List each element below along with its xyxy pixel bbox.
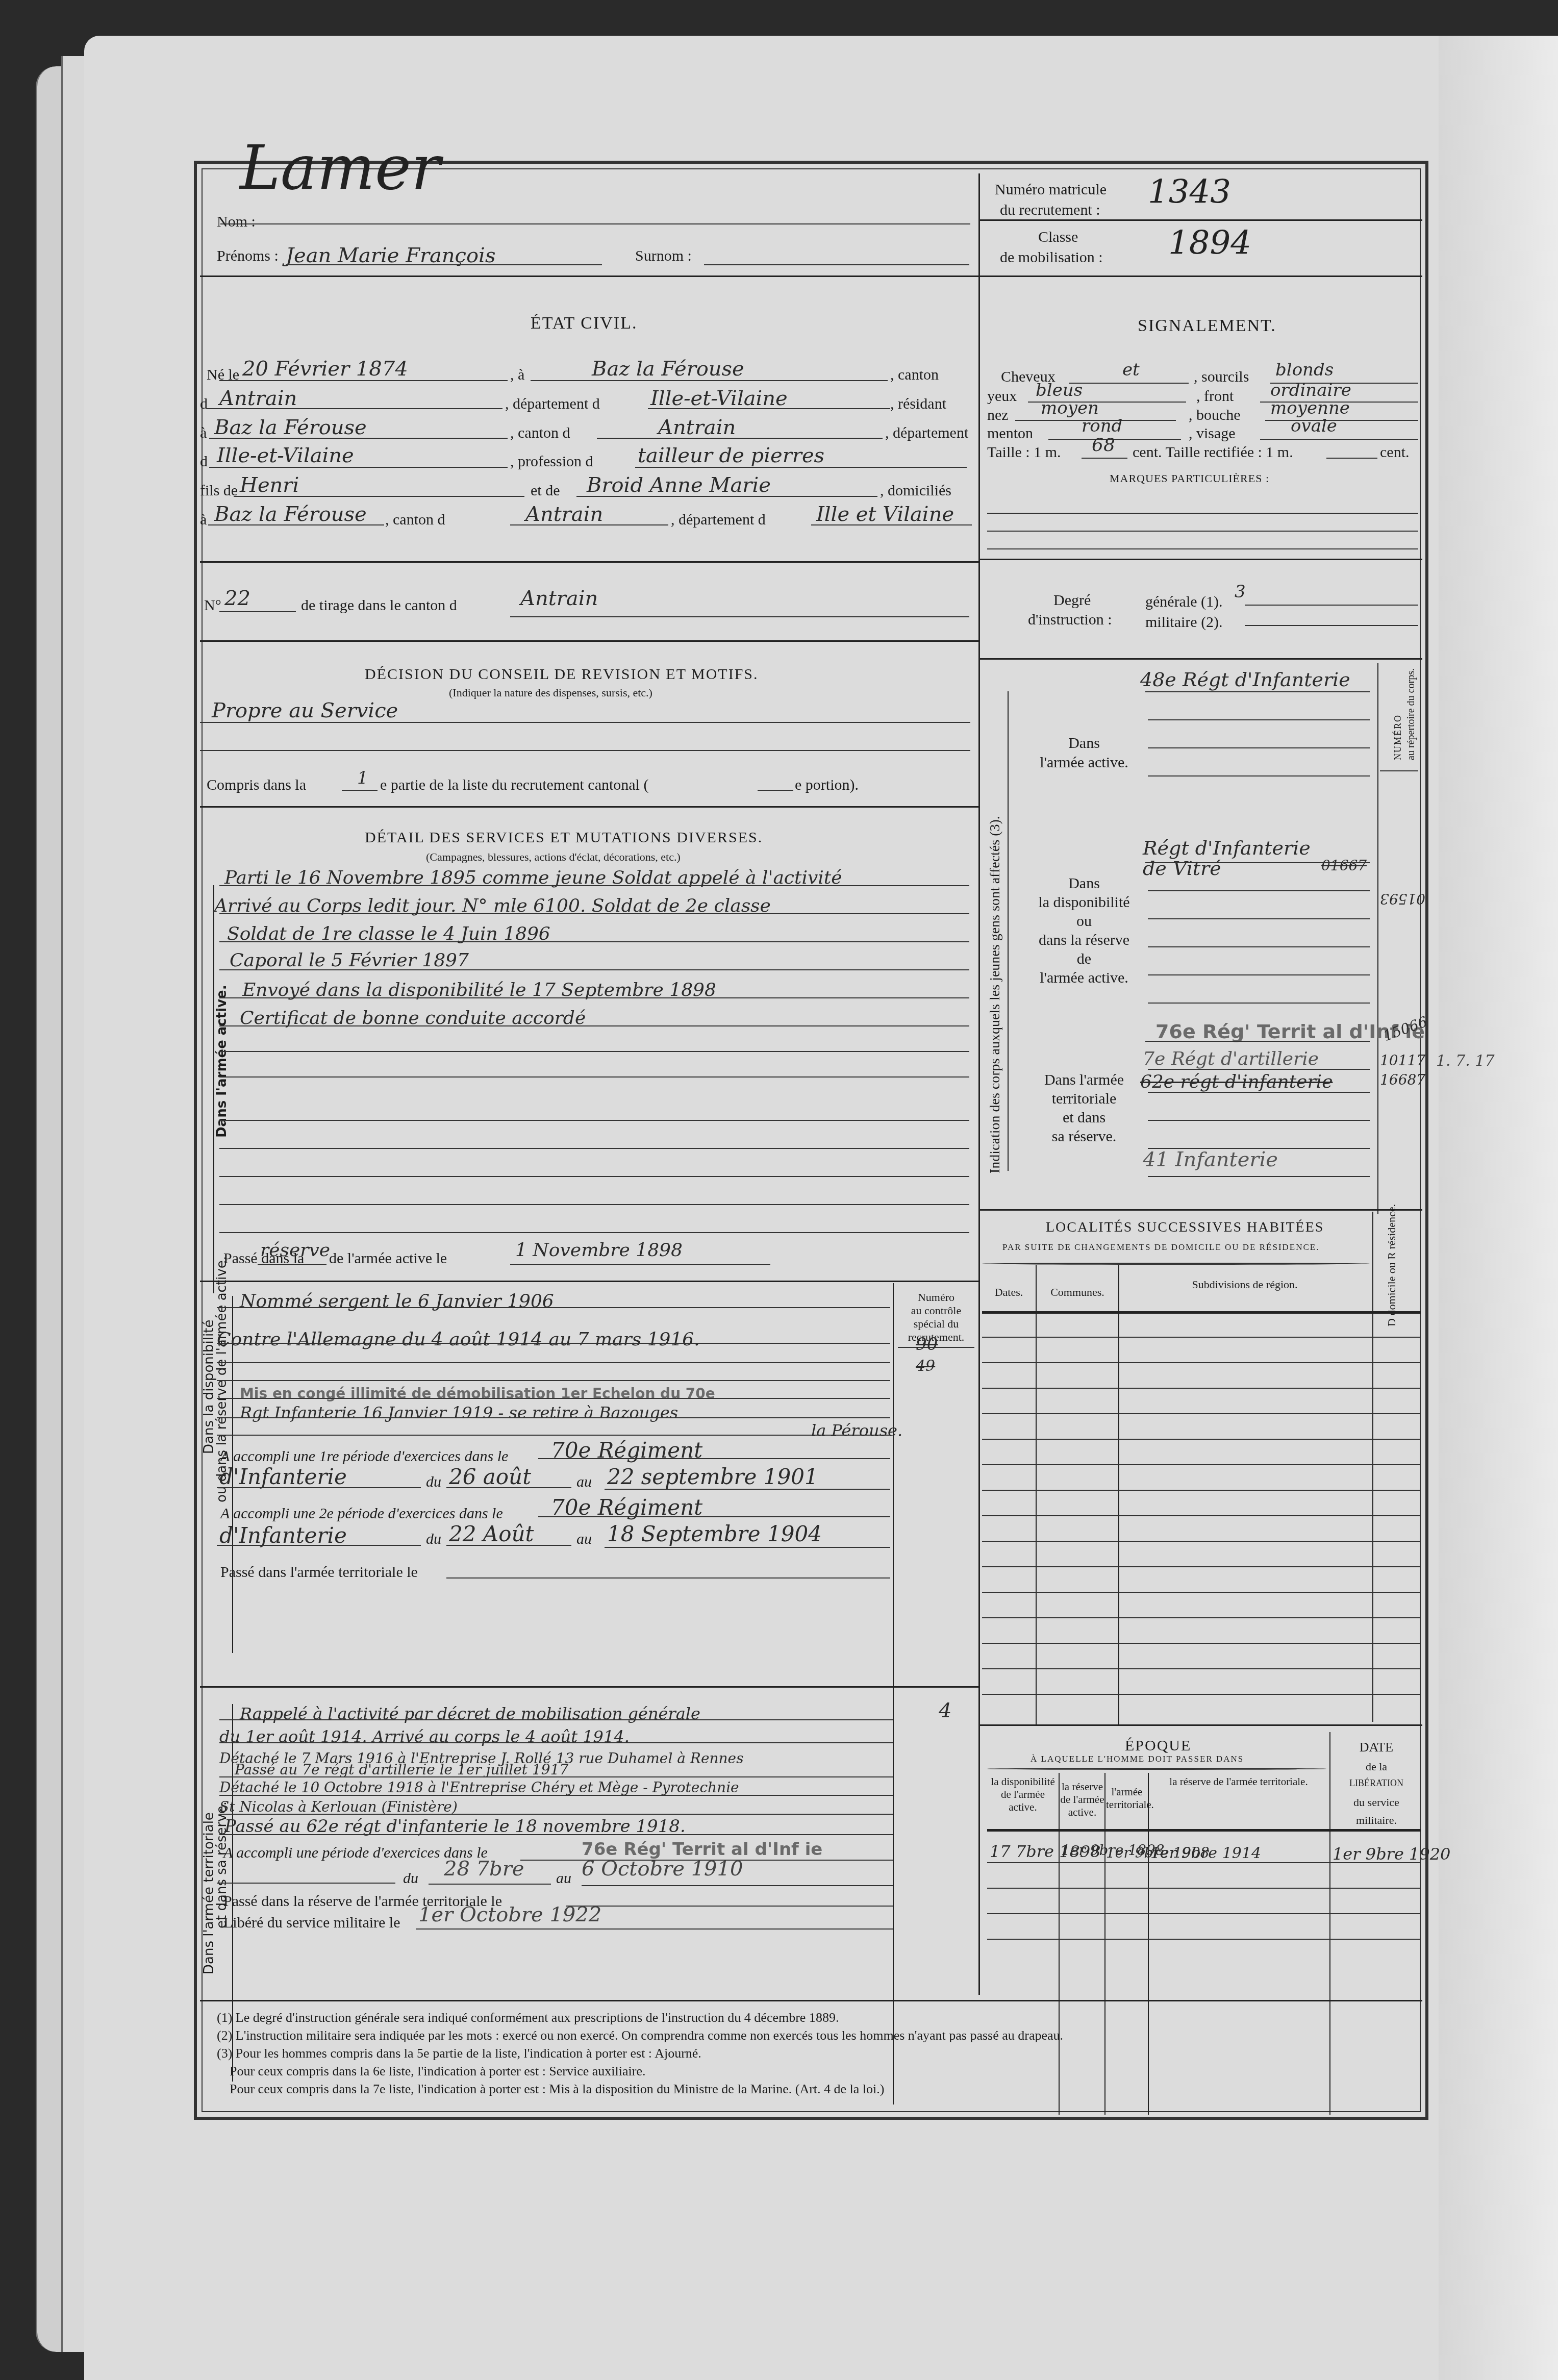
corps-dispo-label-3: ou bbox=[1020, 913, 1148, 930]
footnotes-divider bbox=[200, 2000, 1422, 2001]
front-label: , front bbox=[1196, 388, 1234, 405]
tirage-divider bbox=[200, 640, 978, 642]
corps-divider bbox=[978, 1209, 1422, 1211]
corps-dispo-line-6 bbox=[1148, 1003, 1370, 1004]
epoque-row-1 bbox=[987, 1862, 1421, 1863]
corps-active-label-1: Dans bbox=[1020, 735, 1148, 752]
periode2-au: 18 Septembre 1904 bbox=[607, 1521, 822, 1546]
menton-value: rond bbox=[1082, 416, 1122, 436]
sourcils-label: , sourcils bbox=[1194, 368, 1249, 386]
periode1-au-label: au bbox=[576, 1473, 592, 1491]
dispo-numero-header-3: spécial du bbox=[894, 1317, 978, 1331]
tirage-no-label: N° bbox=[204, 597, 221, 614]
cheveux-value: et bbox=[1122, 360, 1140, 380]
corps-dispo-line-1 bbox=[1145, 862, 1370, 863]
corps-active-value: 48e Régt d'Infanterie bbox=[1140, 668, 1350, 691]
footnote-2: (2) L'instruction militaire sera indiqué… bbox=[217, 2028, 1063, 2043]
corps-terr-label-2: territoriale bbox=[1020, 1090, 1148, 1108]
epoque-row-2 bbox=[987, 1888, 1421, 1889]
localites-col-dates: Dates. bbox=[982, 1286, 1036, 1299]
taille-value: 68 bbox=[1092, 435, 1115, 456]
terr-rule-3 bbox=[219, 1776, 893, 1777]
localites-row-4 bbox=[982, 1413, 1421, 1414]
periode1-corps2: d'Infanterie bbox=[219, 1464, 347, 1489]
periode1-au-line bbox=[605, 1489, 890, 1490]
corps-terr-number-3: 16687 bbox=[1380, 1071, 1425, 1088]
dispo-numero-header-1: Numéro bbox=[894, 1291, 978, 1304]
terr-rule-2 bbox=[219, 1742, 893, 1743]
localites-dr-divider bbox=[1372, 1212, 1373, 1722]
militaire-label: militaire (2). bbox=[1145, 614, 1223, 631]
dispo-rule-4 bbox=[217, 1380, 890, 1381]
liberation-header-2: de la bbox=[1330, 1760, 1422, 1773]
classe-label-1: Classe bbox=[1038, 229, 1078, 246]
services-divider bbox=[200, 1281, 978, 1282]
corps-dispo-label-1: Dans bbox=[1020, 875, 1148, 892]
instruction-divider bbox=[978, 658, 1422, 660]
periode1-corps2-line bbox=[217, 1487, 421, 1488]
services-rule-5 bbox=[219, 997, 969, 998]
mere-line bbox=[576, 496, 877, 497]
corps-terr-label-4: sa réserve. bbox=[1020, 1128, 1148, 1145]
corps-side-label: Indication des corps auxquels les jeunes… bbox=[987, 816, 1003, 1173]
libere-label: Libéré du service militaire le bbox=[223, 1914, 400, 1932]
dispo-stamp-line-3: la Pérouse. bbox=[811, 1421, 902, 1440]
domicile-line bbox=[208, 524, 384, 525]
services-rule-11 bbox=[219, 1176, 969, 1177]
epoque-col-reserve-territoriale: la réserve de l'armée territoriale. bbox=[1149, 1775, 1328, 1788]
periode2-corps2-line bbox=[217, 1545, 421, 1546]
column-divider bbox=[978, 173, 980, 1995]
corps-dispo-label-2: la disponibilité bbox=[1020, 894, 1148, 911]
departement-label: , département d bbox=[505, 395, 600, 413]
periode2-corps2: d'Infanterie bbox=[219, 1523, 347, 1548]
services-subtitle: (Campagnes, blessures, actions d'éclat, … bbox=[426, 850, 681, 864]
services-rule-4 bbox=[219, 969, 969, 970]
corps-active-line-4 bbox=[1148, 775, 1370, 776]
terr-line-2: du 1er août 1914. Arrivé au corps le 4 a… bbox=[219, 1727, 630, 1746]
militaire-line bbox=[1245, 625, 1418, 626]
corps-dispo-value-2: de Vitré bbox=[1143, 857, 1221, 880]
services-rule-13 bbox=[219, 1232, 969, 1233]
canton-label: , canton bbox=[890, 366, 939, 384]
lieu-naissance: Baz la Férouse bbox=[592, 357, 744, 381]
a-label: , à bbox=[510, 366, 524, 384]
libere-line bbox=[416, 1928, 893, 1930]
epoque-brace bbox=[987, 1768, 1326, 1770]
periode2-au-label: au bbox=[576, 1531, 592, 1548]
compris-suffix: e partie de la liste du recrutement cant… bbox=[380, 776, 648, 794]
profession-label: , profession d bbox=[510, 453, 593, 470]
localites-col-communes: Communes. bbox=[1037, 1286, 1118, 1299]
localites-divider bbox=[978, 1724, 1422, 1726]
nez-value: moyen bbox=[1041, 398, 1099, 418]
terr-line-7: Passé au 62e régt d'infanterie le 18 nov… bbox=[224, 1816, 686, 1837]
portion-line bbox=[758, 790, 793, 791]
ne-le-line bbox=[219, 380, 508, 381]
corps-active-line-1 bbox=[1145, 691, 1370, 692]
mere: Broid Anne Marie bbox=[587, 473, 771, 497]
corps-dispo-line-3 bbox=[1148, 918, 1370, 919]
terr-au-label: au bbox=[556, 1870, 571, 1887]
corps-dispo-line-2 bbox=[1148, 890, 1370, 891]
corps-dispo-line-4 bbox=[1148, 946, 1370, 947]
nom-value: Lamer bbox=[240, 133, 440, 204]
marques-label: MARQUES PARTICULIÈRES : bbox=[1110, 472, 1269, 485]
compris-label: Compris dans la bbox=[207, 776, 306, 794]
classe-label-2: de mobilisation : bbox=[1000, 249, 1103, 266]
corps-terr-label-3: et dans bbox=[1020, 1109, 1148, 1126]
pere-line bbox=[234, 496, 524, 497]
dispo-rule-1 bbox=[217, 1307, 890, 1308]
matricule-label-2: du recrutement : bbox=[1000, 202, 1100, 219]
epoque-value-reserve-territoriale: 1er 9bre 1914 bbox=[1150, 1844, 1261, 1862]
corps-dispo-label-4: dans la réserve bbox=[1020, 932, 1148, 949]
localites-row-10 bbox=[982, 1566, 1421, 1567]
generale-value: 3 bbox=[1235, 582, 1246, 602]
generale-label: générale (1). bbox=[1145, 593, 1223, 611]
terr-du-line bbox=[429, 1884, 551, 1885]
departement-naissance: Ille-et-Vilaine bbox=[650, 387, 788, 410]
periode1-corps-line bbox=[538, 1458, 890, 1459]
pere: Henri bbox=[240, 473, 299, 497]
periode1-label: A accompli une 1re période d'exercices d… bbox=[220, 1448, 508, 1465]
decision-title: DÉCISION DU CONSEIL DE REVISION ET MOTIF… bbox=[365, 666, 759, 683]
departement2-label: , département bbox=[885, 424, 968, 442]
epoque-col-dispo: la disponibilité de l'armée active. bbox=[987, 1775, 1059, 1814]
bouche-label: , bouche bbox=[1189, 407, 1241, 424]
terr-line-4: Passé au 7e régt d'artillerie le 1er jui… bbox=[235, 1761, 568, 1778]
visage-value: ovale bbox=[1291, 416, 1337, 436]
localites-row-2 bbox=[982, 1362, 1421, 1363]
localites-row-3 bbox=[982, 1388, 1421, 1389]
dispo-rule-6 bbox=[217, 1417, 890, 1418]
epoque-title: ÉPOQUE bbox=[1125, 1737, 1191, 1755]
prenoms-label: Prénoms : bbox=[217, 247, 279, 265]
dispo-rule-2 bbox=[217, 1343, 890, 1344]
dispo-rule-7 bbox=[217, 1435, 890, 1436]
corps-terr-value-3: 41 Infanterie bbox=[1143, 1148, 1278, 1171]
periode2-du-line bbox=[446, 1545, 571, 1546]
a3-label: à bbox=[200, 511, 207, 529]
marques-line-1 bbox=[987, 513, 1418, 514]
corps-dispo-line-5 bbox=[1148, 974, 1370, 975]
epoque-header-line bbox=[987, 1829, 1421, 1832]
localites-col-divider-1 bbox=[1036, 1265, 1037, 1724]
corps-terr-line-5 bbox=[1148, 1148, 1370, 1149]
localites-header-line bbox=[982, 1311, 1421, 1314]
localites-row-6 bbox=[982, 1464, 1421, 1465]
passe-territoriale-label: Passé dans l'armée territoriale le bbox=[220, 1564, 418, 1581]
terr-line-1: Rappelé à l'activité par décret de mobil… bbox=[240, 1704, 700, 1723]
epoque-col-divider-1 bbox=[1059, 1773, 1060, 2115]
corps-active-line-2 bbox=[1148, 719, 1370, 720]
d2-label: d bbox=[200, 453, 208, 470]
footnote-1: (1) Le degré d'instruction générale sera… bbox=[217, 2010, 839, 2025]
instruction-label-2: d'instruction : bbox=[1028, 611, 1112, 629]
decision-subtitle: (Indiquer la nature des dispenses, sursi… bbox=[449, 686, 652, 699]
terr-periode-stamp: 76e Rég' Territ al d'Inf ie bbox=[582, 1839, 822, 1860]
footnote-4: Pour ceux compris dans la 6e liste, l'in… bbox=[230, 2064, 646, 2079]
taille-line bbox=[1082, 458, 1127, 459]
corps-terr-number-2: 10117 bbox=[1380, 1052, 1425, 1069]
services-rule-10 bbox=[219, 1148, 969, 1149]
services-rule-1 bbox=[219, 885, 969, 886]
dispo-numero-value-2: 49 bbox=[916, 1357, 935, 1375]
dispo-stamp-line-1: Mis en congé illimité de démobilisation … bbox=[240, 1385, 715, 1402]
liberation-value: 1er 9bre 1920 bbox=[1333, 1844, 1450, 1864]
passe-reserve-type: réserve bbox=[260, 1240, 330, 1261]
tirage-canton-line bbox=[510, 616, 969, 617]
service-line-4: Caporal le 5 Février 1897 bbox=[230, 950, 469, 971]
corps-margin-note: 1. 7. 17 bbox=[1436, 1052, 1495, 1070]
services-rule-8 bbox=[219, 1076, 969, 1078]
localites-row-9 bbox=[982, 1541, 1421, 1542]
localites-row-12 bbox=[982, 1617, 1421, 1618]
menton-label: menton bbox=[987, 425, 1033, 442]
localites-brace bbox=[982, 1263, 1370, 1265]
numero-column-divider bbox=[1377, 663, 1378, 1214]
epoque-subtitle: À LAQUELLE L'HOMME DOIT PASSER DANS bbox=[1031, 1754, 1244, 1764]
domicile-parents: Baz la Férouse bbox=[214, 503, 367, 526]
canton-residence-line bbox=[597, 438, 883, 439]
liberation-header-3: LIBÉRATION bbox=[1330, 1778, 1422, 1789]
dept-residence-line bbox=[209, 467, 508, 468]
matricule-value: 1343 bbox=[1148, 173, 1231, 211]
periode2-label: A accompli une 2e période d'exercices da… bbox=[220, 1505, 503, 1522]
departement3-label: , département d bbox=[671, 511, 766, 529]
canton-naissance-line bbox=[207, 408, 502, 409]
corps-brace bbox=[1008, 691, 1009, 1171]
profession: tailleur de pierres bbox=[638, 444, 824, 467]
liberation-header-5: militaire. bbox=[1330, 1814, 1422, 1827]
decision-line-2 bbox=[200, 750, 970, 751]
terr-au-line bbox=[582, 1885, 893, 1886]
visage-line bbox=[1260, 439, 1418, 440]
yeux-label: yeux bbox=[987, 388, 1017, 405]
services-rule-6 bbox=[219, 1025, 969, 1026]
corps-dispo-number-struck: 01667 bbox=[1321, 857, 1367, 874]
terr-du-value: 28 7bre bbox=[444, 1857, 524, 1881]
decision-value: Propre au Service bbox=[212, 699, 398, 722]
terr-rule-5 bbox=[219, 1814, 893, 1815]
liberation-header-1: DATE bbox=[1330, 1740, 1422, 1755]
services-rule-2 bbox=[219, 913, 969, 914]
corps-terr-value-1: 7e Régt d'artillerie bbox=[1143, 1048, 1319, 1069]
corps-terr-label-1: Dans l'armée bbox=[1020, 1071, 1148, 1089]
localites-subtitle: PAR SUITE DE CHANGEMENTS DE DOMICILE OU … bbox=[1002, 1242, 1320, 1252]
localites-col-dr: D domicile ou R résidence. bbox=[1385, 1204, 1398, 1326]
tirage-canton: Antrain bbox=[520, 587, 598, 610]
surnom-label: Surnom : bbox=[635, 247, 692, 265]
domicilies-label: , domiciliés bbox=[880, 482, 951, 499]
front-value: ordinaire bbox=[1270, 380, 1351, 400]
epoque-row-3 bbox=[987, 1913, 1421, 1914]
taille-label: Taille : 1 m. bbox=[987, 444, 1061, 461]
periode1-du-label: du bbox=[426, 1473, 441, 1491]
marques-line-2 bbox=[987, 531, 1418, 532]
canton-naissance: Antrain bbox=[219, 387, 297, 410]
compris-partie: 1 bbox=[357, 768, 368, 788]
dispo-numero-header-2: au contrôle bbox=[894, 1304, 978, 1317]
corps-dispo-label-6: l'armée active. bbox=[1020, 969, 1148, 987]
nom-line bbox=[220, 223, 970, 224]
cheveux-line bbox=[1069, 383, 1189, 384]
passe-territoriale-line bbox=[446, 1577, 890, 1579]
numero-header-line bbox=[1380, 770, 1418, 771]
bouche-value: moyenne bbox=[1270, 398, 1350, 418]
corps-terr-line-2 bbox=[1148, 1069, 1370, 1070]
services-rule-12 bbox=[219, 1204, 969, 1205]
terr-line-6: St Nicolas à Kerlouan (Finistère) bbox=[219, 1798, 458, 1815]
numero-header-2: au répertoire du corps. bbox=[1405, 668, 1417, 760]
tirage-numero: 22 bbox=[224, 587, 250, 610]
services-title: DÉTAIL DES SERVICES ET MUTATIONS DIVERSE… bbox=[365, 829, 763, 846]
marques-line-3 bbox=[987, 548, 1418, 549]
etat-civil-title: ÉTAT CIVIL. bbox=[531, 314, 637, 333]
taille-rectifiee-label: cent. Taille rectifiée : 1 m. bbox=[1133, 444, 1293, 461]
epoque-col-divider-3 bbox=[1148, 1773, 1149, 2115]
localites-row-13 bbox=[982, 1643, 1421, 1644]
epoque-col-reserve-active: la réserve de l'armée active. bbox=[1060, 1781, 1104, 1819]
periode2-corps-line bbox=[538, 1516, 890, 1517]
corps-terr-line-6 bbox=[1148, 1176, 1370, 1177]
libere-value: 1er Octobre 1922 bbox=[418, 1903, 601, 1926]
canton-residence: Antrain bbox=[658, 416, 736, 439]
dispo-line-2: Contre l'Allemagne du 4 août 1914 au 7 m… bbox=[217, 1329, 700, 1350]
dispo-numero-value-1: 90 bbox=[916, 1334, 938, 1355]
dept-parents-line bbox=[811, 524, 972, 525]
corps-dispo-number: 01593 bbox=[1380, 890, 1425, 907]
d-label: d bbox=[200, 395, 208, 413]
epoque-row-4 bbox=[987, 1939, 1421, 1940]
et-de-label: et de bbox=[531, 482, 560, 499]
terr-rule-1 bbox=[219, 1719, 893, 1720]
matricule-divider bbox=[978, 219, 1422, 221]
localites-col-subdivisions: Subdivisions de région. bbox=[1120, 1278, 1370, 1291]
localites-row-5 bbox=[982, 1439, 1421, 1440]
services-side-label: Dans l'armée active. bbox=[214, 985, 230, 1138]
periode1-du: 26 août bbox=[449, 1464, 531, 1489]
dispo-stamp-line-2: Rgt Infanterie 16 Janvier 1919 - se reti… bbox=[240, 1403, 678, 1422]
periode1-du-line bbox=[446, 1487, 571, 1488]
localites-col-divider-2 bbox=[1118, 1265, 1119, 1724]
a2-label: à bbox=[200, 424, 207, 442]
yeux-value: bleus bbox=[1036, 380, 1083, 400]
ne-le-value: 20 Février 1874 bbox=[242, 357, 408, 381]
footnote-3: (3) Pour les hommes compris dans la 5e p… bbox=[217, 2046, 701, 2061]
periode2-au-line bbox=[605, 1547, 890, 1548]
partie-line bbox=[342, 790, 378, 791]
visage-label: , visage bbox=[1189, 425, 1236, 442]
canton2-label: , canton d bbox=[510, 424, 570, 442]
surnom-line bbox=[704, 264, 969, 265]
passe-date-line bbox=[510, 1264, 770, 1265]
decision-line-1 bbox=[200, 722, 970, 723]
classe-value: 1894 bbox=[1168, 224, 1251, 262]
passe-type-line bbox=[258, 1264, 326, 1265]
departement-line bbox=[648, 408, 890, 409]
etat-civil-divider bbox=[200, 561, 978, 563]
localites-row-14 bbox=[982, 1668, 1421, 1669]
page-right-margin bbox=[1439, 36, 1558, 2380]
decision-divider bbox=[200, 806, 978, 808]
epoque-col-divider-2 bbox=[1104, 1773, 1105, 2115]
dispo-rule-5 bbox=[217, 1398, 890, 1399]
departement-residence: Ille-et-Vilaine bbox=[217, 444, 354, 467]
periode2-du-label: du bbox=[426, 1531, 441, 1548]
periode1-au: 22 septembre 1901 bbox=[607, 1464, 818, 1489]
corps-terr-line-3 bbox=[1148, 1092, 1370, 1093]
terr-du-label: du bbox=[403, 1870, 418, 1887]
generale-line bbox=[1245, 605, 1418, 606]
liberation-header-4: du service bbox=[1330, 1796, 1422, 1809]
nom-label: Nom : bbox=[217, 213, 256, 231]
numero-header-1: NUMÉRO bbox=[1393, 714, 1403, 760]
periode2-du: 22 Août bbox=[449, 1521, 534, 1546]
services-rule-9 bbox=[219, 1120, 969, 1121]
instruction-label-1: Degré bbox=[1053, 592, 1091, 609]
identity-divider bbox=[200, 275, 978, 277]
epoque-liberation-divider bbox=[1329, 1732, 1330, 2115]
corps-terr-line-1 bbox=[1145, 1041, 1370, 1042]
canton3-label: , canton d bbox=[385, 511, 445, 529]
localites-row-11 bbox=[982, 1592, 1421, 1593]
terr-periode-blank-line bbox=[217, 1883, 395, 1884]
corps-dispo-label-5: de bbox=[1020, 950, 1148, 968]
residence-line bbox=[209, 438, 508, 439]
terr-au-value: 6 Octobre 1910 bbox=[582, 1857, 743, 1881]
corps-active-label-2: l'armée active. bbox=[1020, 754, 1148, 771]
classe-divider bbox=[978, 275, 1422, 277]
residant-label: , résidant bbox=[890, 395, 946, 413]
dispo-divider bbox=[200, 1686, 978, 1688]
profession-line bbox=[635, 467, 967, 468]
terr-reserve-line bbox=[566, 1906, 893, 1907]
localites-title: LOCALITÉS SUCCESSIVES HABITÉES bbox=[1046, 1219, 1324, 1236]
lieu-line bbox=[531, 380, 888, 381]
localites-row-7 bbox=[982, 1490, 1421, 1491]
sourcils-value: blonds bbox=[1275, 360, 1334, 380]
terr-rule-4 bbox=[219, 1795, 893, 1796]
services-rule-3 bbox=[219, 941, 969, 942]
tirage-label: de tirage dans le canton d bbox=[301, 597, 457, 614]
tirage-line bbox=[219, 611, 296, 612]
dispo-rule-3 bbox=[217, 1362, 890, 1363]
taille-rectifiee-line bbox=[1326, 458, 1377, 459]
dispo-line-1: Nommé sergent le 6 Janvier 1906 bbox=[240, 1291, 554, 1312]
localites-row-15 bbox=[982, 1694, 1421, 1695]
localites-row-8 bbox=[982, 1515, 1421, 1516]
bouche-line bbox=[1265, 420, 1418, 421]
terr-line-5: Détaché le 10 Octobre 1918 à l'Entrepris… bbox=[219, 1779, 739, 1796]
corps-terr-value-2: 62e régt d'infanterie bbox=[1140, 1071, 1333, 1092]
prenoms-line bbox=[286, 264, 602, 265]
nez-label: nez bbox=[987, 407, 1009, 424]
residence: Baz la Férouse bbox=[214, 416, 367, 439]
corps-active-line-3 bbox=[1148, 747, 1370, 748]
footnote-5: Pour ceux compris dans la 7e liste, l'in… bbox=[230, 2082, 884, 2097]
marques-divider bbox=[978, 559, 1422, 560]
services-brace bbox=[213, 885, 214, 1293]
corps-terr-line-4 bbox=[1148, 1120, 1370, 1121]
matricule-label-1: Numéro matricule bbox=[995, 181, 1107, 198]
localites-row-1 bbox=[982, 1337, 1421, 1338]
departement-parents: Ille et Vilaine bbox=[816, 503, 954, 526]
signalement-title: SIGNALEMENT. bbox=[1138, 316, 1276, 336]
cent-label: cent. bbox=[1380, 444, 1409, 461]
fils-de-label: fils de bbox=[200, 482, 238, 499]
